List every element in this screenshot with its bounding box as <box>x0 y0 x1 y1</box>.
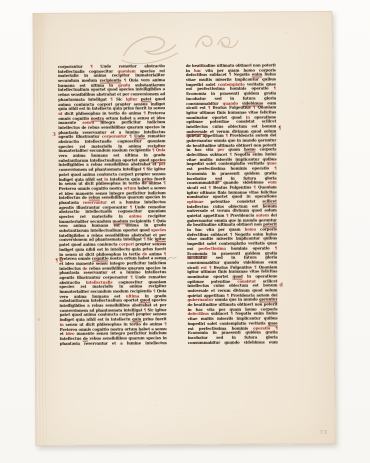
binding-edge-texture <box>33 14 47 445</box>
rubric-margin-mark-left-upper: 3 <box>52 133 56 138</box>
foxing-speck <box>38 318 40 321</box>
foxing-speck <box>302 102 303 103</box>
text-column-right: de beatitudine ultimata obtineri non pot… <box>186 63 278 345</box>
foxing-speck <box>156 405 158 406</box>
foxing-speck <box>274 151 276 153</box>
rubric-margin-mark-right-lower: d <box>279 283 283 288</box>
manuscript-page: corporantur ¶ Unde remotior abstractio i… <box>32 11 335 446</box>
photo-background: { "page": { "columns": { "left": { "fill… <box>0 0 370 463</box>
gutter-pencil-scribble <box>159 255 177 264</box>
rubric-margin-mark-right-upper: ¶ <box>278 126 281 131</box>
text-column-left: corporantur ¶ Unde remotior abstractio i… <box>58 64 167 346</box>
rubric-margin-mark-left-lower: ¶6 <box>55 259 64 264</box>
pencil-folio-number: 73 <box>319 430 327 436</box>
foxing-speck <box>286 32 287 33</box>
